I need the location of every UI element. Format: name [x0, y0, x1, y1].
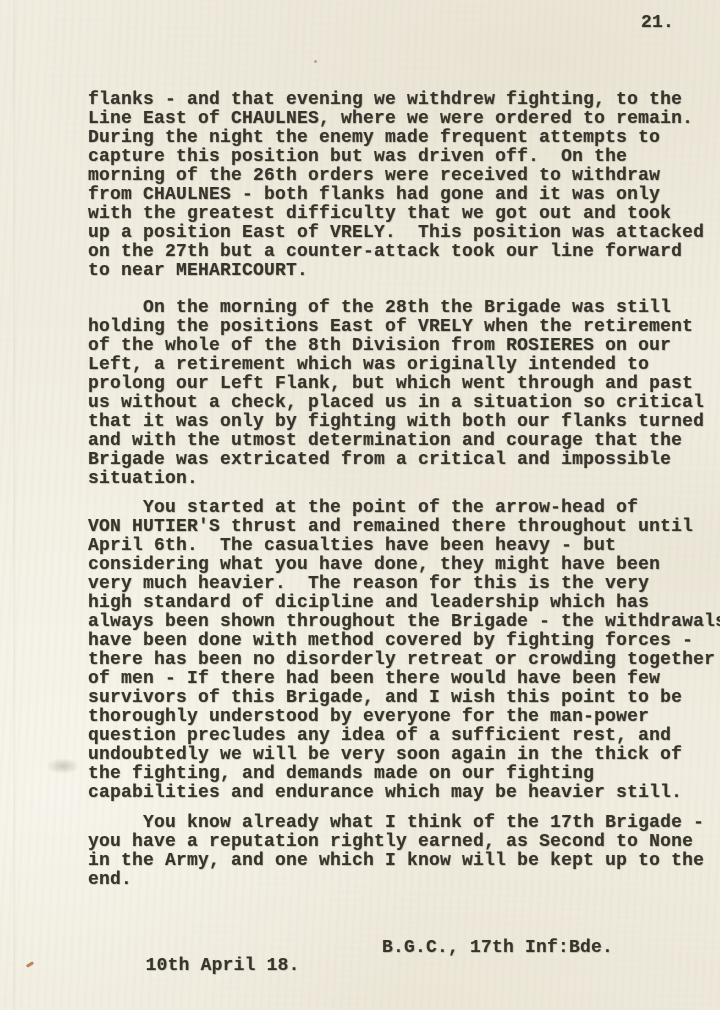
footer: 10th April 18. B.G.C., 17th Inf:Bde. [88, 939, 720, 958]
ink-smudge [46, 758, 80, 774]
paragraph-2: On the morning of the 28th the Brigade w… [88, 299, 720, 489]
page-number: 21. [641, 14, 674, 33]
paper-speck [314, 60, 317, 63]
date-line: 10th April 18. [146, 956, 300, 976]
paragraph-4: You know already what I think of the 17t… [88, 814, 720, 890]
paragraph-1: flanks - and that evening we withdrew fi… [88, 91, 720, 281]
paragraph-3: You started at the point of the arrow-he… [88, 499, 720, 803]
signature-line: B.G.C., 17th Inf:Bde. [382, 939, 613, 958]
letter-body: flanks - and that evening we withdrew fi… [88, 91, 720, 958]
document-page: 21. flanks - and that evening we withdre… [0, 0, 720, 1010]
paper-speck [26, 961, 34, 968]
